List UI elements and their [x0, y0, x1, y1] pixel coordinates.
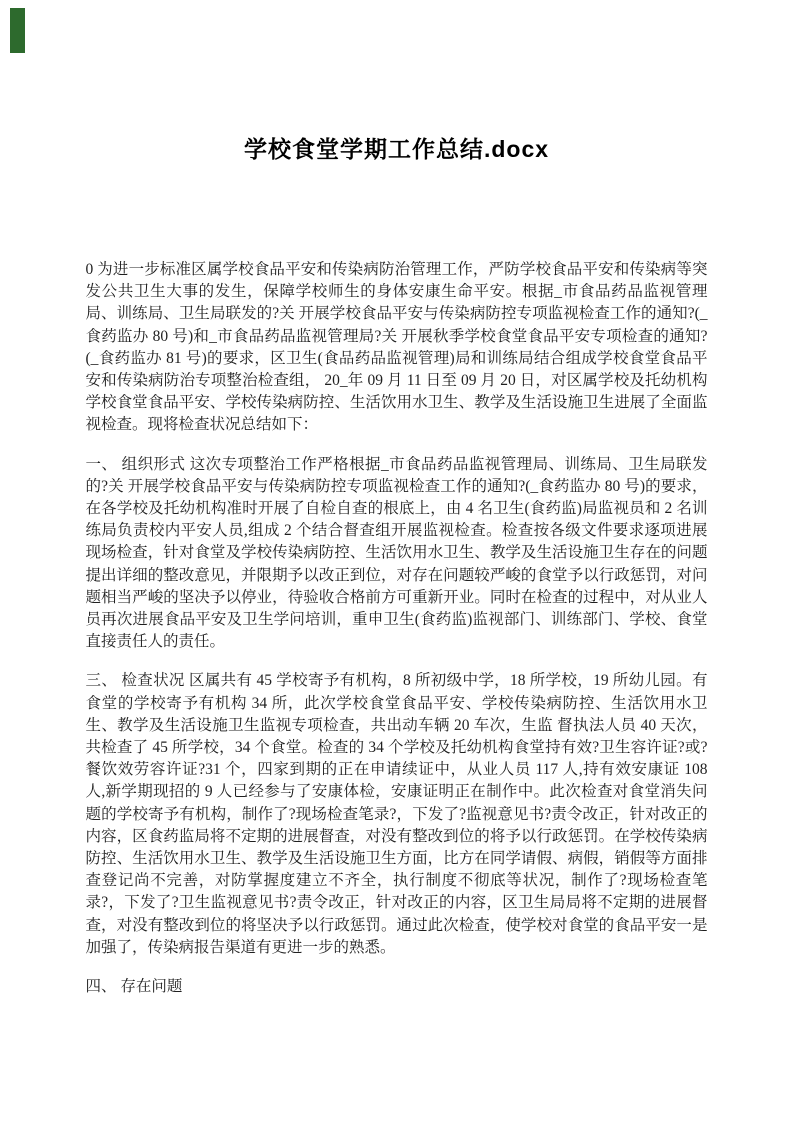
- document-title: 学校食堂学期工作总结.docx: [0, 0, 793, 164]
- section-4-existing-problems-heading: 四、 存在问题: [86, 976, 708, 998]
- document-body: 0 为进一步标准区属学校食品平安和传染病防治管理工作，严防学校食品平安和传染病等…: [86, 259, 708, 998]
- section-3-inspection-status-paragraph: 三、 检查状况 区属共有 45 学校寄予有机构，8 所初级中学，18 所学校，1…: [86, 670, 708, 959]
- document-page: 学校食堂学期工作总结.docx 0 为进一步标准区属学校食品平安和传染病防治管理…: [0, 0, 793, 1122]
- corner-fold-mark: [10, 8, 25, 53]
- section-1-organization-paragraph: 一、 组织形式 这次专项整治工作严格根据_市食品药品监视管理局、训练局、卫生局联…: [86, 454, 708, 654]
- intro-paragraph: 0 为进一步标准区属学校食品平安和传染病防治管理工作，严防学校食品平安和传染病等…: [86, 259, 708, 437]
